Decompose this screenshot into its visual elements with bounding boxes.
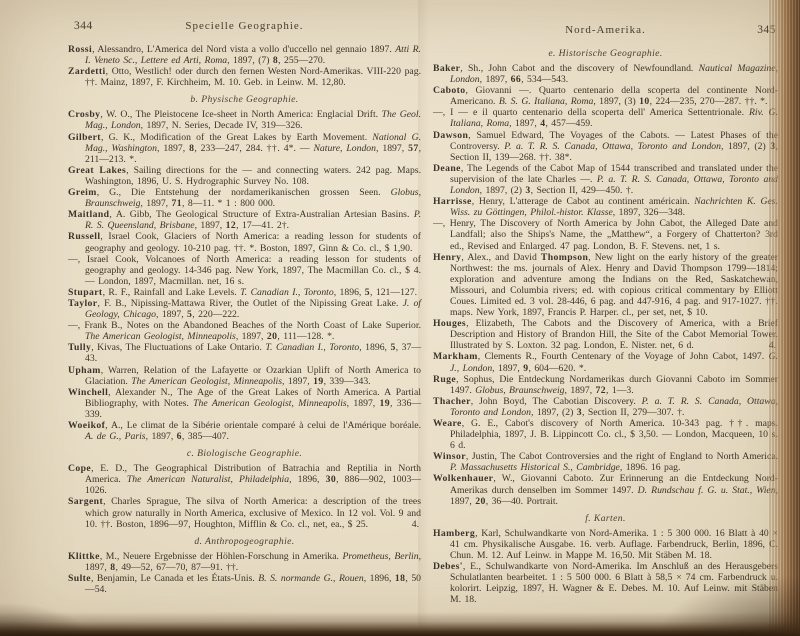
bibliography-entry: Upham, Warren, Relation of the Lafayette… bbox=[68, 365, 421, 387]
bibliography-entry: Debes', E., Schulwandkarte von Nord-Amer… bbox=[433, 561, 778, 605]
section-heading: e. Historische Geographie. bbox=[433, 48, 778, 59]
bibliography-entry: Harrisse, Henry, L'atterage de Cabot au … bbox=[433, 196, 778, 218]
bibliography-entry: Sulte, Benjamin, Le Canada et les États-… bbox=[68, 573, 421, 595]
bibliography-entry: —, Henry, The Discovery of North America… bbox=[433, 218, 778, 251]
bibliography-entry: Caboto, Giovanni —. Quarto centenario de… bbox=[433, 85, 778, 107]
bibliography-entry: Dawson, Samuel Edward, The Voyages of th… bbox=[433, 130, 778, 163]
page-number-right: 345 bbox=[757, 24, 776, 36]
bibliography-entry: Taylor, F. B., Nipissing-Mattawa River, … bbox=[68, 298, 421, 320]
right-page-text: e. Historische Geographie.Baker, Sh., Jo… bbox=[433, 48, 778, 605]
page-345: Nord-Amerika. 345 e. Historische Geograp… bbox=[433, 24, 778, 605]
bottom-left-shadow bbox=[0, 602, 90, 636]
signature-mark: 4. bbox=[412, 519, 419, 530]
bibliography-entry: Henry, Alex., and David Thompson, New li… bbox=[433, 252, 778, 319]
bibliography-entry: Klittke, M., Neuere Ergebnisse der Höhle… bbox=[68, 551, 421, 573]
section-heading: b. Physische Geographie. bbox=[68, 94, 421, 105]
bibliography-entry: Maitland, A. Gibb, The Geological Struct… bbox=[68, 209, 421, 231]
left-page-text: Rossi, Alessandro, L'America del Nord vi… bbox=[68, 44, 421, 595]
bibliography-entry: Stupart, R. F., Rainfall and Lake Levels… bbox=[68, 287, 421, 298]
bibliography-entry: Winchell, Alexander N., The Age of the G… bbox=[68, 387, 421, 420]
bibliography-entry: Houges, Elizabeth, The Cabots and the Di… bbox=[433, 318, 778, 351]
bibliography-entry: Great Lakes, Sailing directions for the … bbox=[68, 165, 421, 187]
section-heading: c. Biologische Geographie. bbox=[68, 448, 421, 459]
running-title-right: Nord-Amerika. bbox=[433, 24, 778, 36]
bibliography-entry: Ruge, Sophus, Die Entdeckung Nordamerika… bbox=[433, 374, 778, 396]
page-number-left: 344 bbox=[74, 20, 93, 32]
section-heading: d. Anthropogeographie. bbox=[68, 536, 421, 547]
running-head-right: Nord-Amerika. 345 bbox=[433, 24, 778, 39]
bibliography-entry: Thacher, John Boyd, The Cabotian Discove… bbox=[433, 396, 778, 418]
bibliography-entry: Wolkenhauer, W., Giovanni Caboto. Zur Er… bbox=[433, 473, 778, 506]
bibliography-entry: Sargent, Charles Sprague, The silva of N… bbox=[68, 496, 421, 529]
running-head-left: 344 Specielle Geographie. bbox=[68, 20, 421, 35]
bibliography-entry: —, Israel Cook, Volcanoes of North Ameri… bbox=[68, 254, 421, 287]
bibliography-entry: —, I — e il quarto centenario della scop… bbox=[433, 107, 778, 129]
bibliography-entry: Cope, E. D., The Geographical Distributi… bbox=[68, 463, 421, 496]
signature-mark: 4. bbox=[769, 340, 776, 351]
book-bottom-edge bbox=[0, 612, 800, 636]
bibliography-entry: Markham, Clements R., Fourth Centenary o… bbox=[433, 351, 778, 373]
bibliography-entry: Baker, Sh., John Cabot and the discovery… bbox=[433, 63, 778, 85]
bibliography-entry: Zardetti, Otto, Westlich! oder durch den… bbox=[68, 66, 421, 88]
running-title-left: Specielle Geographie. bbox=[68, 20, 421, 32]
section-heading: f. Karten. bbox=[433, 513, 778, 524]
bibliography-entry: Rossi, Alessandro, L'America del Nord vi… bbox=[68, 44, 421, 66]
bibliography-entry: Gilbert, G. K., Modification of the Grea… bbox=[68, 132, 421, 165]
bibliography-entry: Weare, G. E., Cabot's discovery of North… bbox=[433, 418, 778, 451]
bibliography-entry: Deane, The Legends of the Cabot Map of 1… bbox=[433, 163, 778, 196]
bibliography-entry: Woeikof, A., Le climat de la Sibérie ori… bbox=[68, 420, 421, 442]
page-344: 344 Specielle Geographie. Rossi, Alessan… bbox=[68, 20, 421, 595]
bibliography-entry: Hamberg, Karl, Schulwandkarte von Nord-A… bbox=[433, 528, 778, 561]
bibliography-entry: Tully, Kivas, The Fluctuations of Lake O… bbox=[68, 342, 421, 364]
bibliography-entry: Greim, G., Die Entstehung der nordamerik… bbox=[68, 187, 421, 209]
bibliography-entry: Russell, Israel Cook, Glaciers of North … bbox=[68, 231, 421, 253]
bibliography-entry: Winsor, Justin, The Cabot Controversies … bbox=[433, 451, 778, 473]
bibliography-entry: —, Frank B., Notes on the Abandoned Beac… bbox=[68, 320, 421, 342]
bibliography-entry: Crosby, W. O., The Pleistocene Ice-sheet… bbox=[68, 109, 421, 131]
